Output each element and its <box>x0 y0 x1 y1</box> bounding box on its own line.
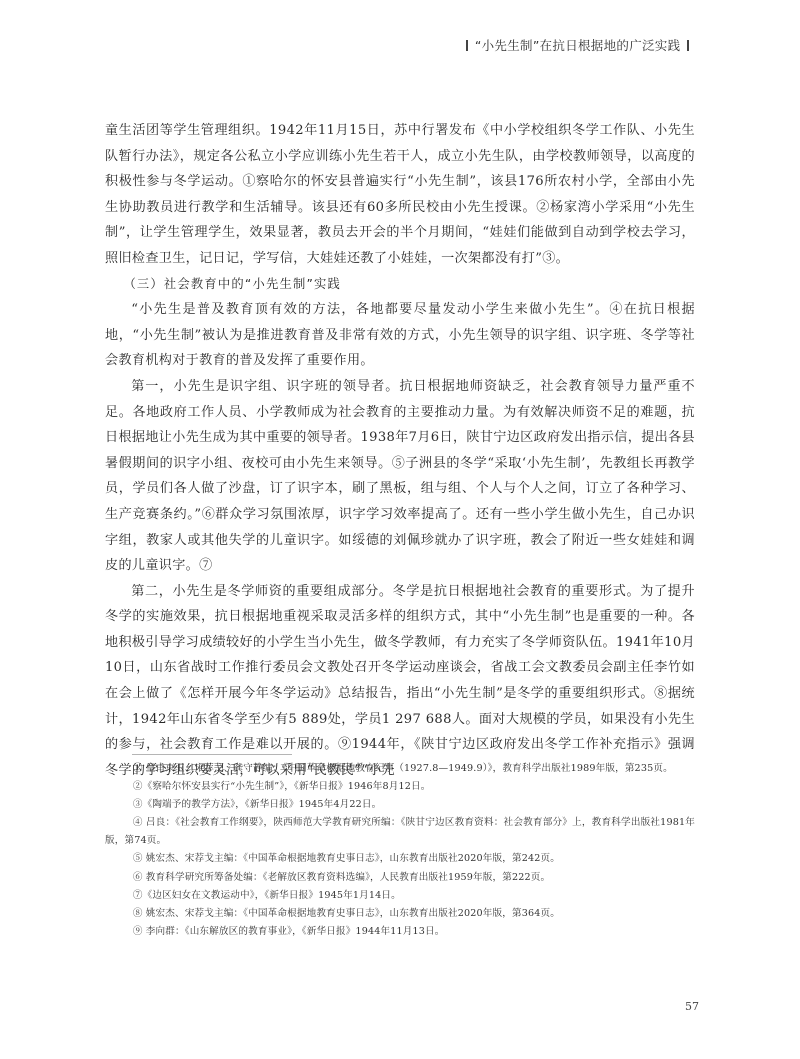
footnote-9: ⑨ 李向群：《山东解放区的教育事业》，《新华日报》1944年11月13日。 <box>105 923 695 941</box>
footnotes: ① 皇甫束玉、宋荐戈、龚守静编：《中国革命根据地教育纪事（1927.8—1949… <box>105 760 695 941</box>
footnote-1: ① 皇甫束玉、宋荐戈、龚守静编：《中国革命根据地教育纪事（1927.8—1949… <box>105 760 695 778</box>
header-bar-right <box>687 40 689 51</box>
footnote-7: ⑦《边区妇女在文教运动中》，《新华日报》1945年1月14日。 <box>105 887 695 905</box>
footnote-5: ⑤ 姚宏杰、宋荐戈主编：《中国革命根据地教育史事日志》，山东教育出版社2020年… <box>105 850 695 868</box>
body-paragraph: 第二，小先生是冬学师资的重要组成部分。冬学是抗日根据地社会教育的重要形式。为了提… <box>105 579 695 784</box>
footnote-2: ②《察哈尔怀安县实行“小先生制”》，《新华日报》1946年8月12日。 <box>105 778 695 796</box>
header-bar-left <box>466 40 468 51</box>
page-number: 57 <box>685 1000 699 1013</box>
footnote-divider <box>132 754 292 755</box>
main-body: 童生活团等学生管理组织。1942年11月15日，苏中行署发布《中小学校组织冬学工… <box>105 118 695 783</box>
running-title: “小先生制”在抗日根据地的广泛实践 <box>475 38 681 53</box>
footnote-6: ⑥ 教育科学研究所筹备处编：《老解放区教育资料选编》，人民教育出版社1959年版… <box>105 869 695 887</box>
running-header: “小先生制”在抗日根据地的广泛实践 <box>459 36 696 54</box>
section-heading: （三）社会教育中的“小先生制”实践 <box>105 272 695 298</box>
body-paragraph: 童生活团等学生管理组织。1942年11月15日，苏中行署发布《中小学校组织冬学工… <box>105 118 695 272</box>
body-paragraph: “小先生是普及教育顶有效的方法，各地都要尽量发动小学生来做小先生”。④在抗日根据… <box>105 297 695 374</box>
body-paragraph: 第一，小先生是识字组、识字班的领导者。抗日根据地师资缺乏，社会教育领导力量严重不… <box>105 374 695 579</box>
footnote-8: ⑧ 姚宏杰、宋荐戈主编：《中国革命根据地教育史事日志》，山东教育出版社2020年… <box>105 905 695 923</box>
footnote-3: ③《陶端予的教学方法》，《新华日报》1945年4月22日。 <box>105 796 695 814</box>
footnote-4: ④ 吕良：《社会教育工作纲要》，陕西师范大学教育研究所编：《陕甘宁边区教育资料：… <box>105 814 695 850</box>
